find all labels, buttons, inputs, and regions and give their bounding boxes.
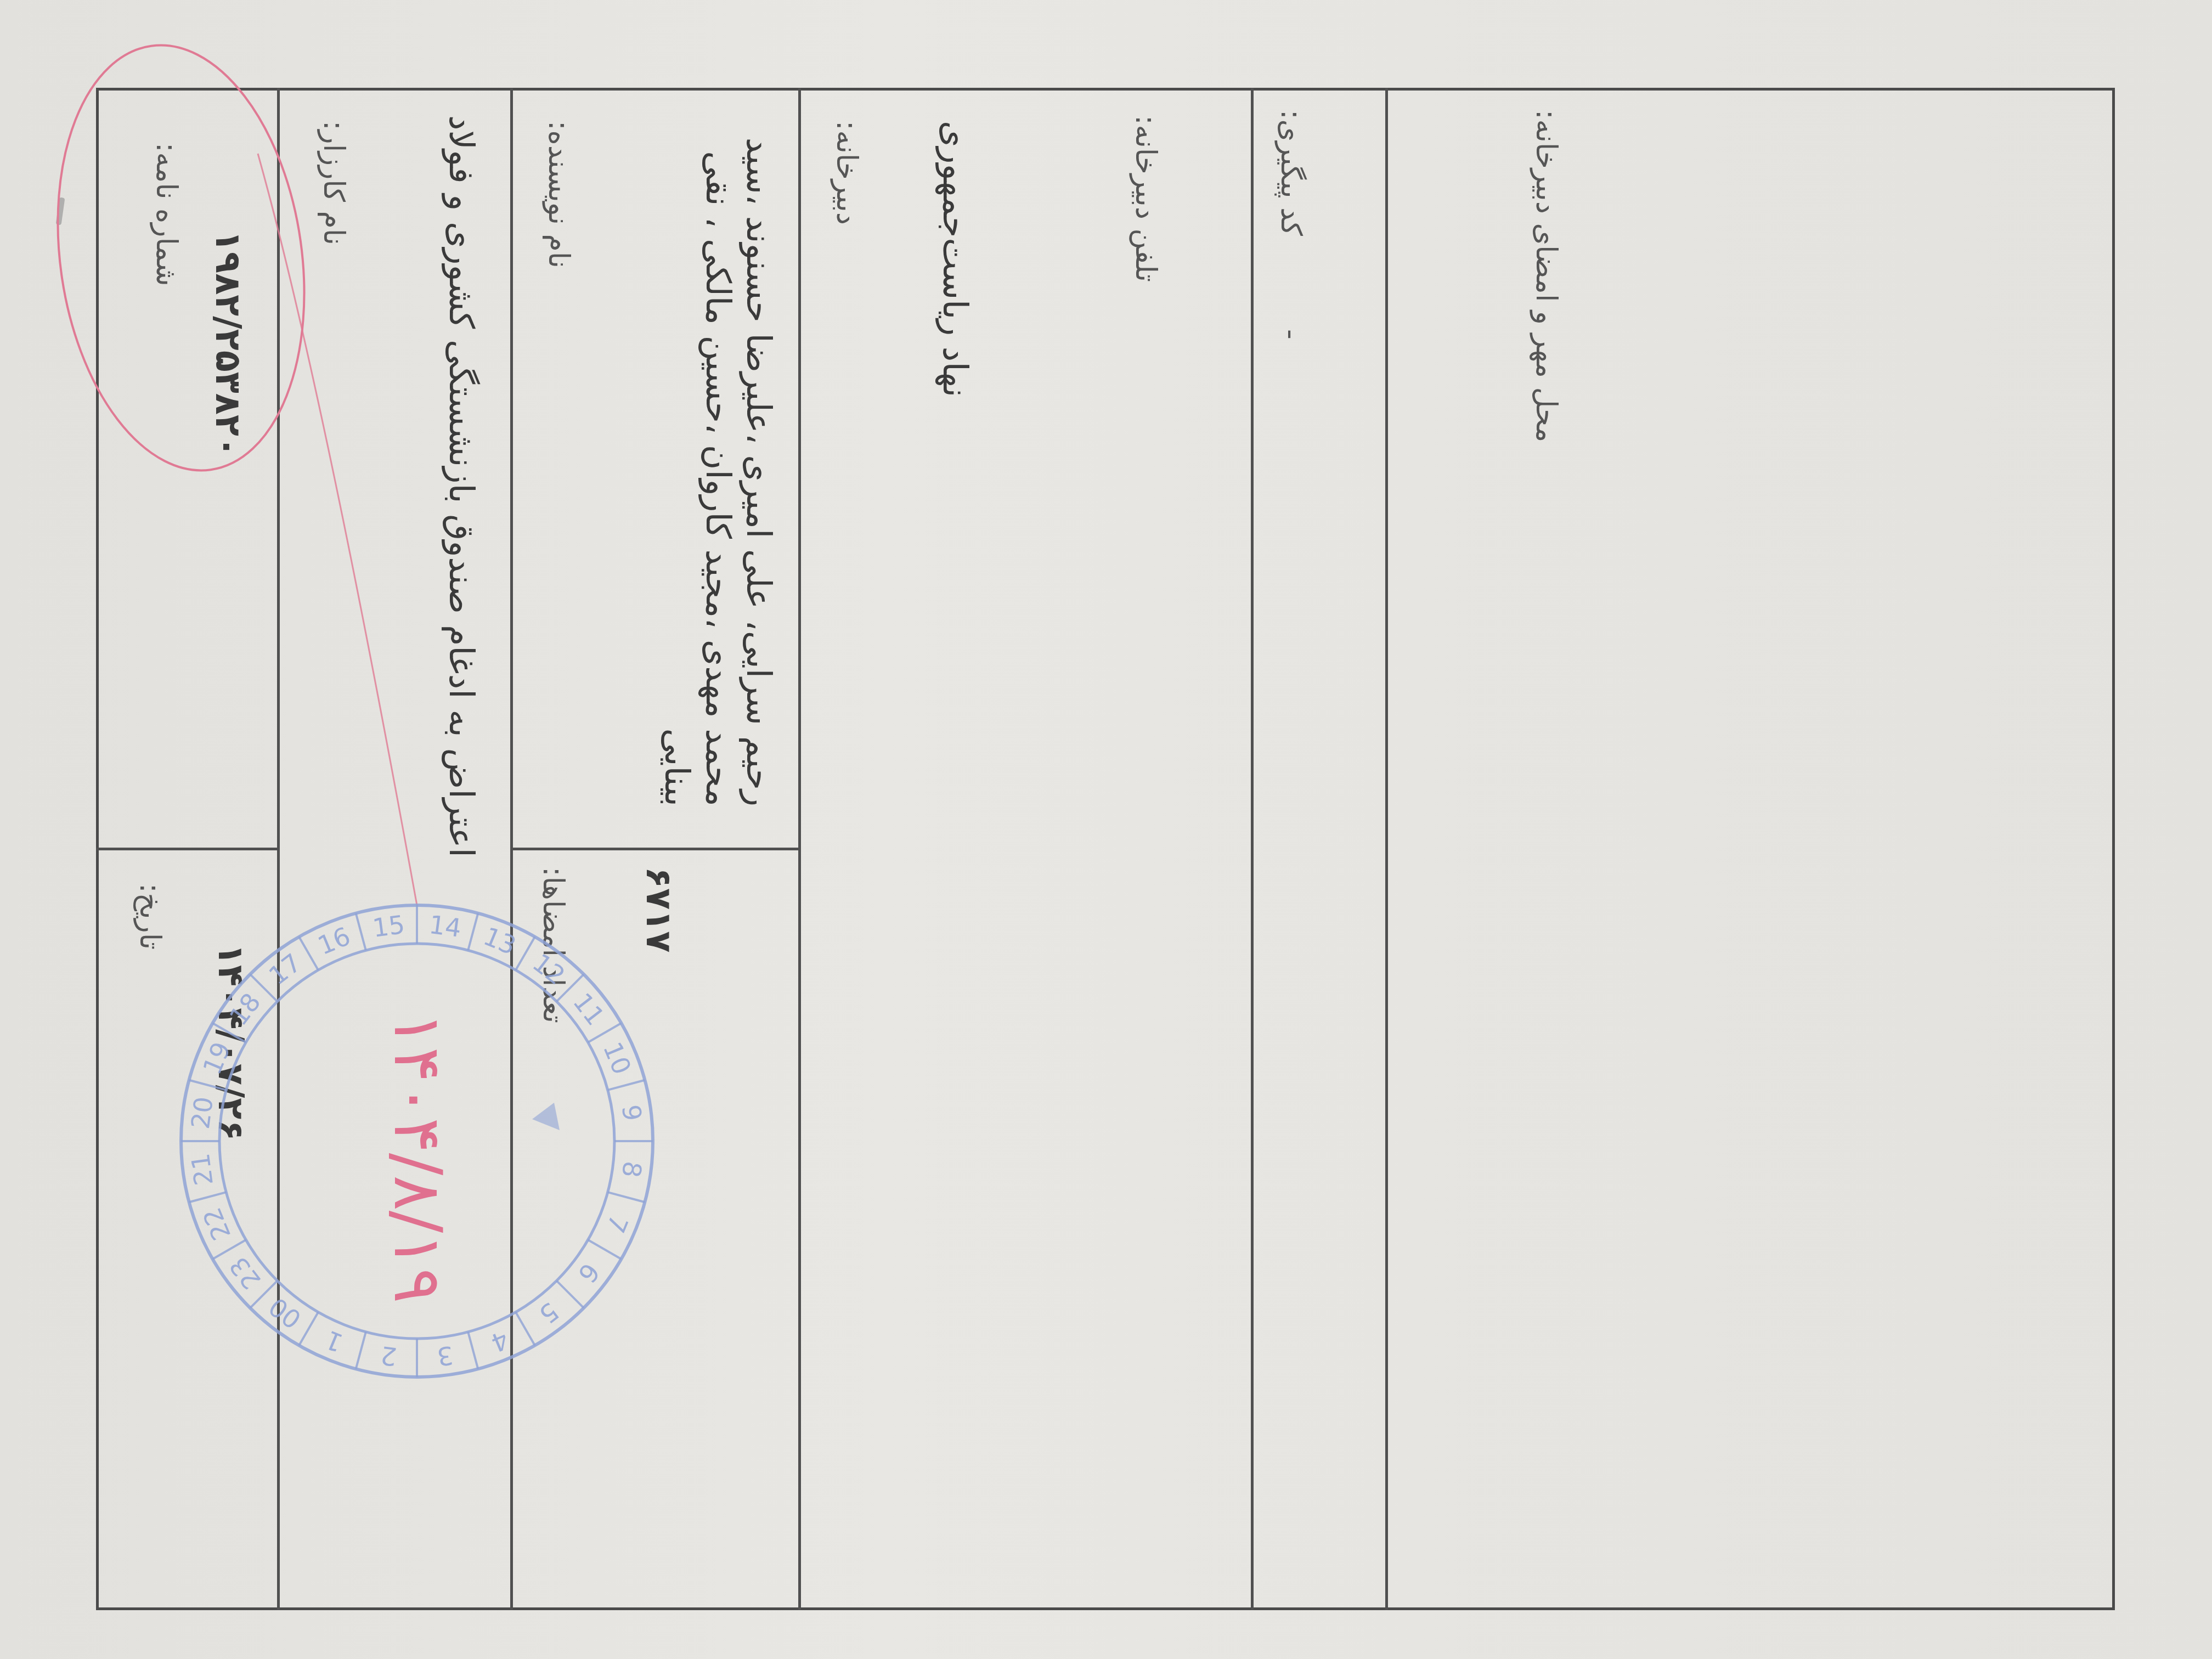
authors-label: نام نویسنده: bbox=[540, 121, 576, 268]
tracking-code-label: کد پیگیری: bbox=[1273, 110, 1308, 236]
form-table-border bbox=[96, 88, 2115, 1610]
tracking-code-value: - bbox=[1273, 329, 1308, 340]
row-divider bbox=[1385, 88, 1388, 1610]
signatures-count: ۶۷۱۷ bbox=[636, 867, 680, 952]
row-divider bbox=[1251, 88, 1254, 1610]
date-value: ۱۴۰۴/۰۷/۲۶ bbox=[208, 944, 252, 1141]
secretariat-value: نهاد ریاست‌جمهوری bbox=[934, 121, 977, 397]
secretariat-label: دبیرخانه: bbox=[828, 121, 864, 225]
signatures-label: تعداد امضاها: bbox=[535, 867, 571, 1023]
stamp-signature-label: محل مهر و امضای دبیرخانه: bbox=[1528, 110, 1564, 442]
column-divider bbox=[96, 848, 280, 850]
column-divider bbox=[510, 848, 801, 850]
secretariat-phone-label: تلفن دبیرخانه: bbox=[1127, 115, 1163, 282]
authors-value: رحیم سرایی، علی امیری ،علیرضا حسنوند ،سی… bbox=[657, 121, 779, 806]
letter-number-value: ۱۹۸۲/۲۵۳۸۲۰ bbox=[206, 230, 250, 458]
campaign-name-label: نام کارزار: bbox=[315, 121, 351, 245]
pen-mark bbox=[56, 198, 65, 225]
campaign-name-value: اعتراض به ادغام صندوق بازنشستگی کشوری و … bbox=[441, 115, 483, 857]
date-label: تاریخ: bbox=[132, 883, 167, 950]
letter-number-label: شماره نامه: bbox=[148, 143, 184, 286]
